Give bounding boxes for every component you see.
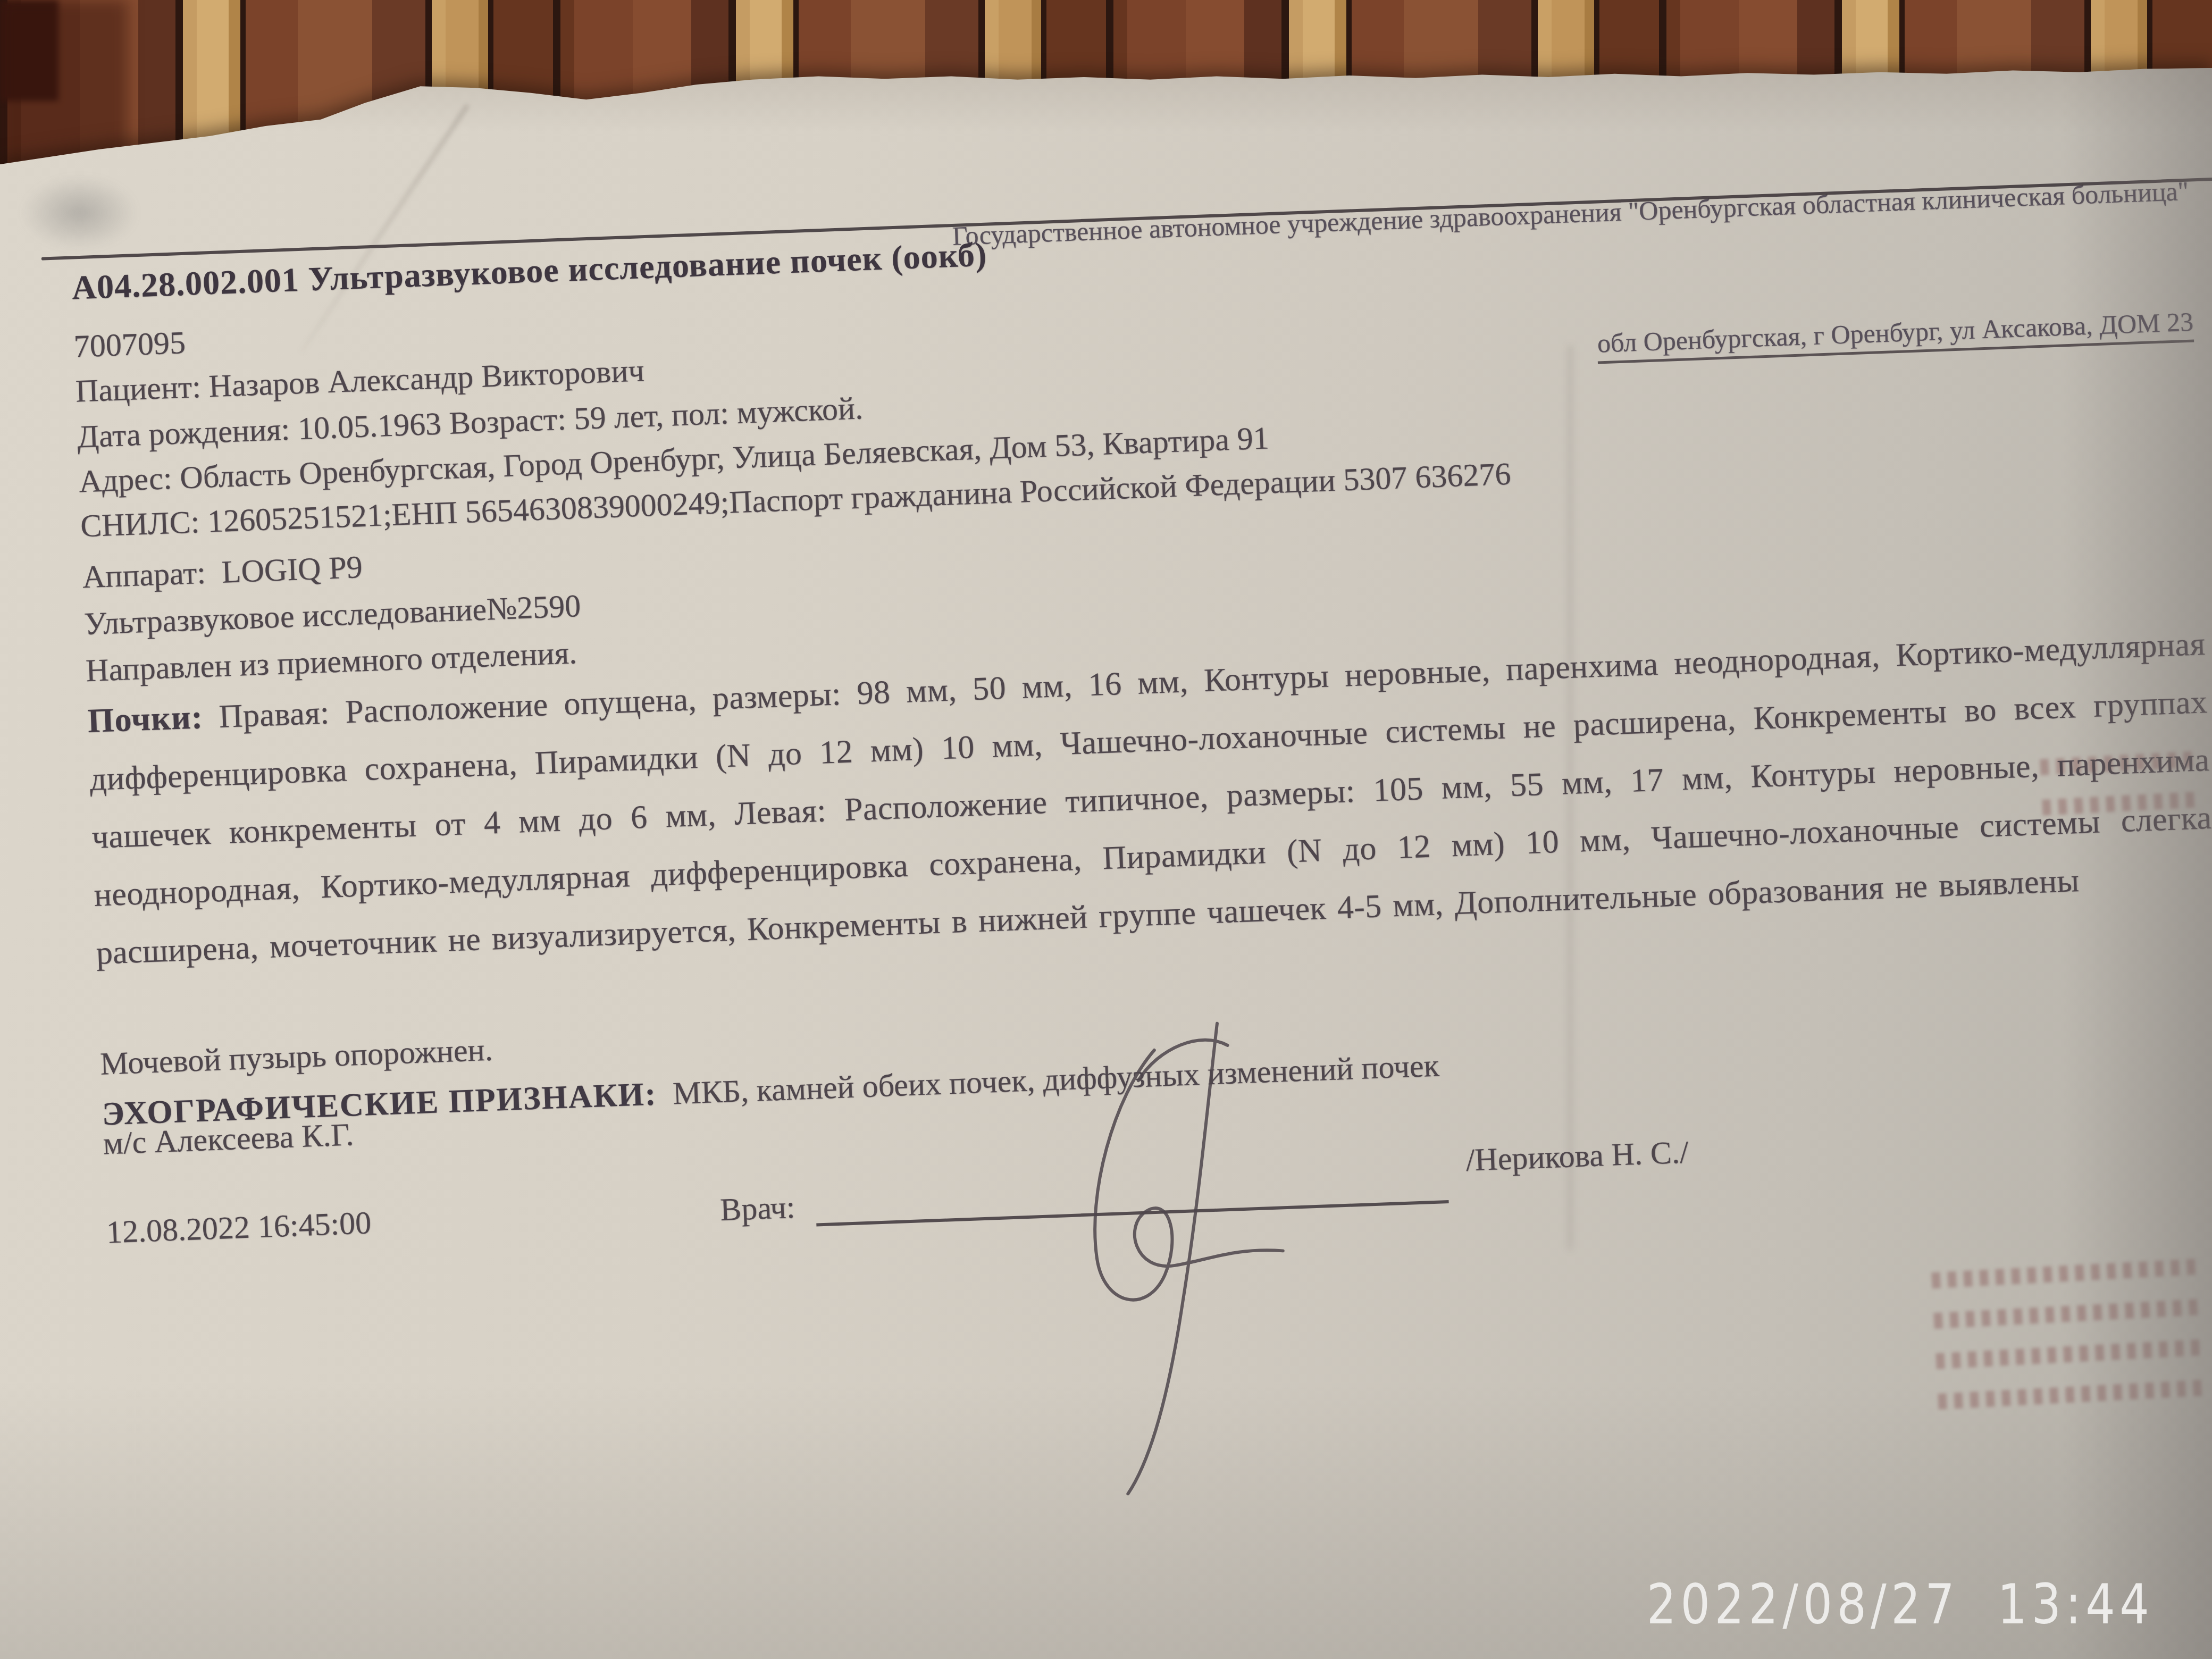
- camera-timestamp: 2022/08/27 13:44: [1646, 1572, 2154, 1637]
- document-content: Государственное автономное учреждение зд…: [61, 0, 2212, 1658]
- kidneys-label: Почки:: [87, 698, 204, 740]
- doctor-name: /Нерикова Н. С./: [1465, 1134, 1689, 1178]
- doctor-label: Врач:: [719, 1189, 796, 1228]
- ink-bleed-row: [2042, 791, 2202, 816]
- study-datetime: 12.08.2022 16:45:00: [106, 1204, 372, 1251]
- ink-bleed-smudge-top: [2040, 751, 2203, 840]
- photo-scene: Государственное автономное учреждение зд…: [0, 0, 2212, 1659]
- paper-document: Государственное автономное учреждение зд…: [0, 0, 2212, 1659]
- doctor-signature: [976, 1003, 1377, 1517]
- paper-wrapper: Государственное автономное учреждение зд…: [0, 0, 2212, 1659]
- ink-bleed-row: [2040, 751, 2200, 775]
